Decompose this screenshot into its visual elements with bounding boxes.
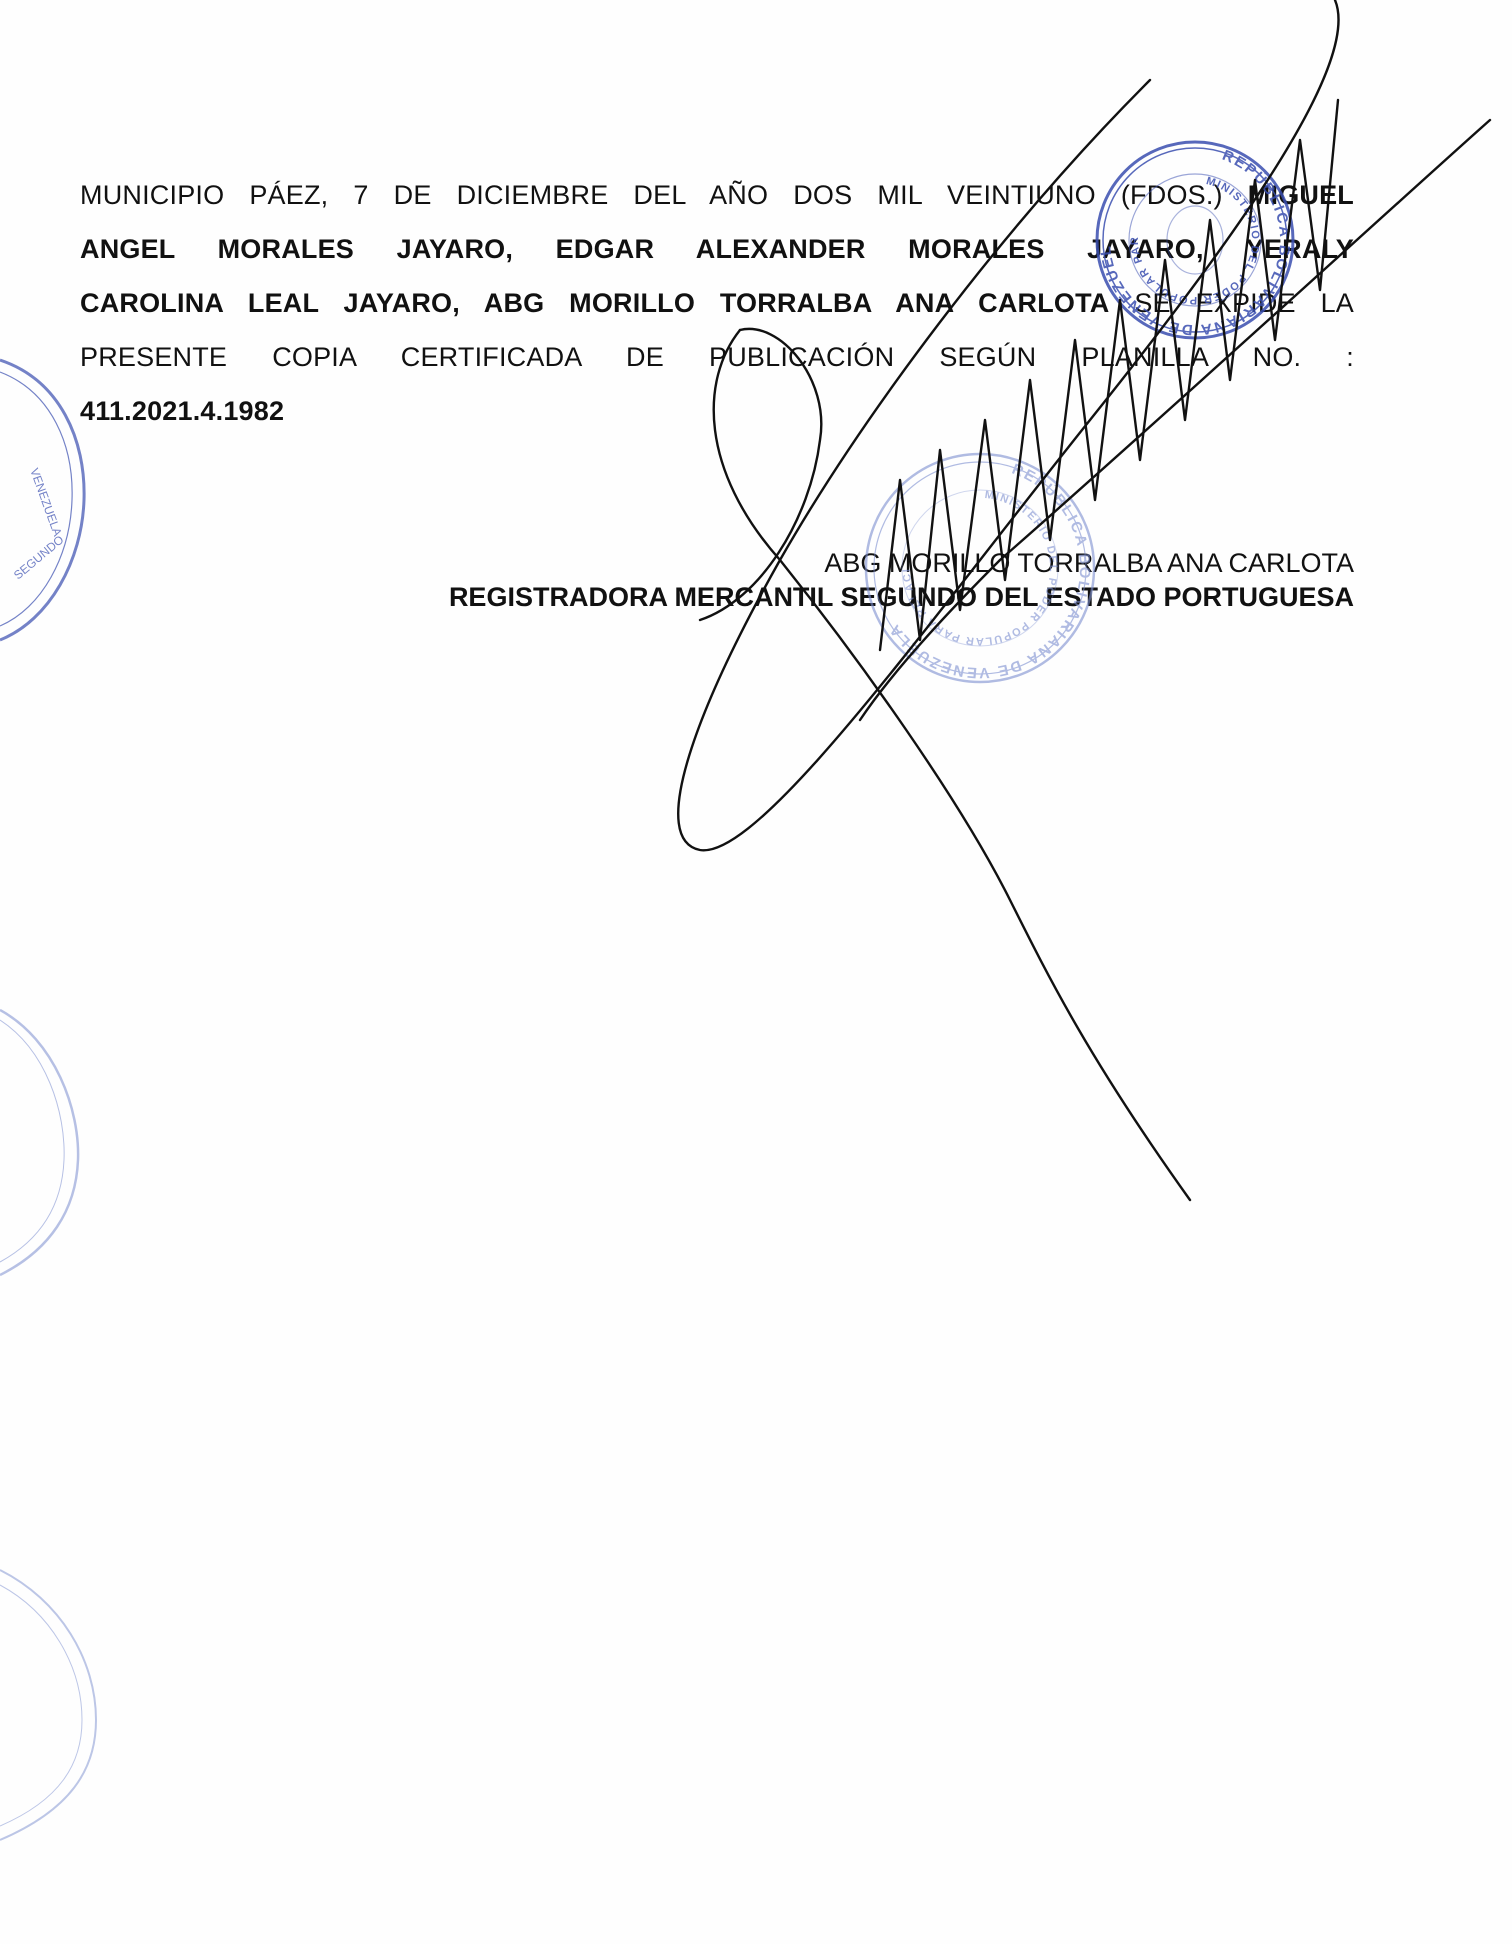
bold-text: MIGUEL	[1248, 180, 1354, 210]
paragraph-line: 411.2021.4.1982	[80, 384, 1354, 438]
paragraph-line: CAROLINA LEAL JAYARO, ABG MORILLO TORRAL…	[80, 276, 1354, 330]
svg-text:SEGUNDO: SEGUNDO	[11, 533, 66, 583]
partial-seal-left-1: VENEZUELA SEGUNDO	[0, 360, 84, 640]
document-page: MUNICIPIO PÁEZ, 7 DE DICIEMBRE DEL AÑO D…	[0, 0, 1512, 1944]
text: MUNICIPIO PÁEZ, 7 DE DICIEMBRE DEL AÑO D…	[80, 180, 1248, 210]
svg-text:VENEZUELA: VENEZUELA	[27, 466, 65, 538]
paragraph-line: PRESENTE COPIA CERTIFICADA DE PUBLICACIÓ…	[80, 330, 1354, 384]
signature-block: ABG MORILLO TORRALBA ANA CARLOTA REGISTR…	[449, 546, 1354, 614]
paragraph-line: ANGEL MORALES JAYARO, EDGAR ALEXANDER MO…	[80, 222, 1354, 276]
partial-seal-left-3	[0, 1570, 96, 1840]
partial-seal-left-2	[0, 1010, 78, 1275]
paragraph-line: MUNICIPIO PÁEZ, 7 DE DICIEMBRE DEL AÑO D…	[80, 168, 1354, 222]
signatory-name: ABG MORILLO TORRALBA ANA CARLOTA	[449, 546, 1354, 580]
bold-text: CAROLINA LEAL JAYARO, ABG MORILLO TORRAL…	[80, 288, 1110, 318]
text: SE EXPIDE LA	[1110, 288, 1354, 318]
bold-text: ANGEL MORALES JAYARO, EDGAR ALEXANDER MO…	[80, 234, 1354, 264]
certification-paragraph: MUNICIPIO PÁEZ, 7 DE DICIEMBRE DEL AÑO D…	[80, 168, 1354, 438]
signatory-title: REGISTRADORA MERCANTIL SEGUNDO DEL ESTAD…	[449, 580, 1354, 614]
text: PRESENTE COPIA CERTIFICADA DE PUBLICACIÓ…	[80, 342, 1354, 372]
bold-text: 411.2021.4.1982	[80, 396, 284, 426]
